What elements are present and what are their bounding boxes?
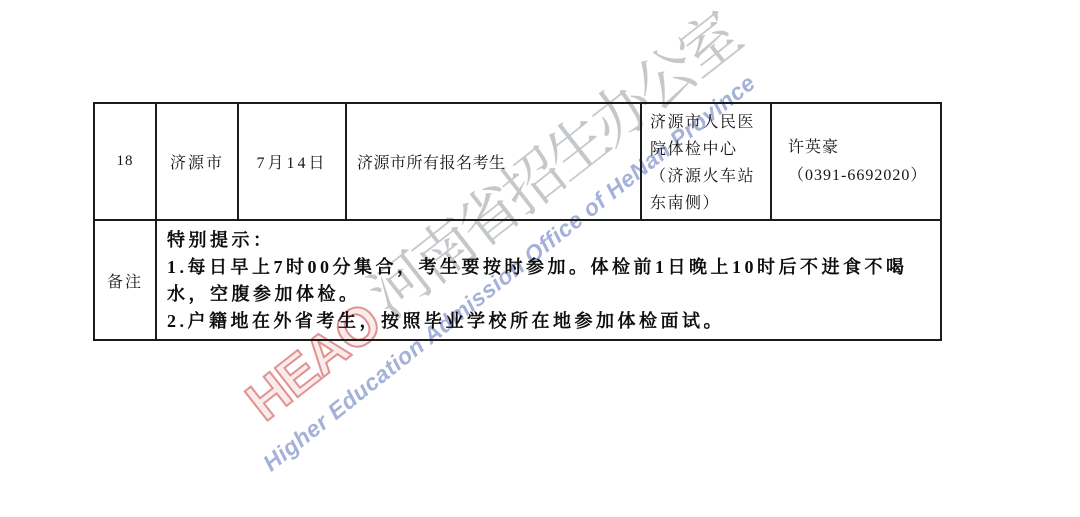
notes-item-1: 1.每日早上7时00分集合，考生要按时参加。体检前1日晚上10时后不进食不喝水，… — [167, 254, 928, 308]
remark-label-cell: 备注 — [94, 220, 156, 340]
contact-phone: （0391-6692020） — [788, 162, 934, 190]
physical-exam-schedule-table: 18 济源市 7月14日 济源市所有报名考生 济源市人民医院体检中心（济源火车站… — [93, 102, 942, 341]
remark-content-cell: 特别提示： 1.每日早上7时00分集合，考生要按时参加。体检前1日晚上10时后不… — [156, 220, 941, 340]
examinees-cell: 济源市所有报名考生 — [346, 103, 641, 220]
contact-cell: 许英豪 （0391-6692020） — [771, 103, 941, 220]
date-cell: 7月14日 — [238, 103, 346, 220]
notes-title: 特别提示： — [167, 227, 928, 254]
remark-row: 备注 特别提示： 1.每日早上7时00分集合，考生要按时参加。体检前1日晚上10… — [94, 220, 941, 340]
notes-item-2: 2.户籍地在外省考生，按照毕业学校所在地参加体检面试。 — [167, 308, 928, 335]
document-page: HEAO河南省招生办公室 Higher Education Admission … — [0, 0, 1080, 517]
contact-name: 许英豪 — [788, 134, 934, 162]
city-cell: 济源市 — [156, 103, 238, 220]
exam-location-cell: 济源市人民医院体检中心（济源火车站东南侧） — [641, 103, 771, 220]
table-row-18: 18 济源市 7月14日 济源市所有报名考生 济源市人民医院体检中心（济源火车站… — [94, 103, 941, 220]
row-number-cell: 18 — [94, 103, 156, 220]
